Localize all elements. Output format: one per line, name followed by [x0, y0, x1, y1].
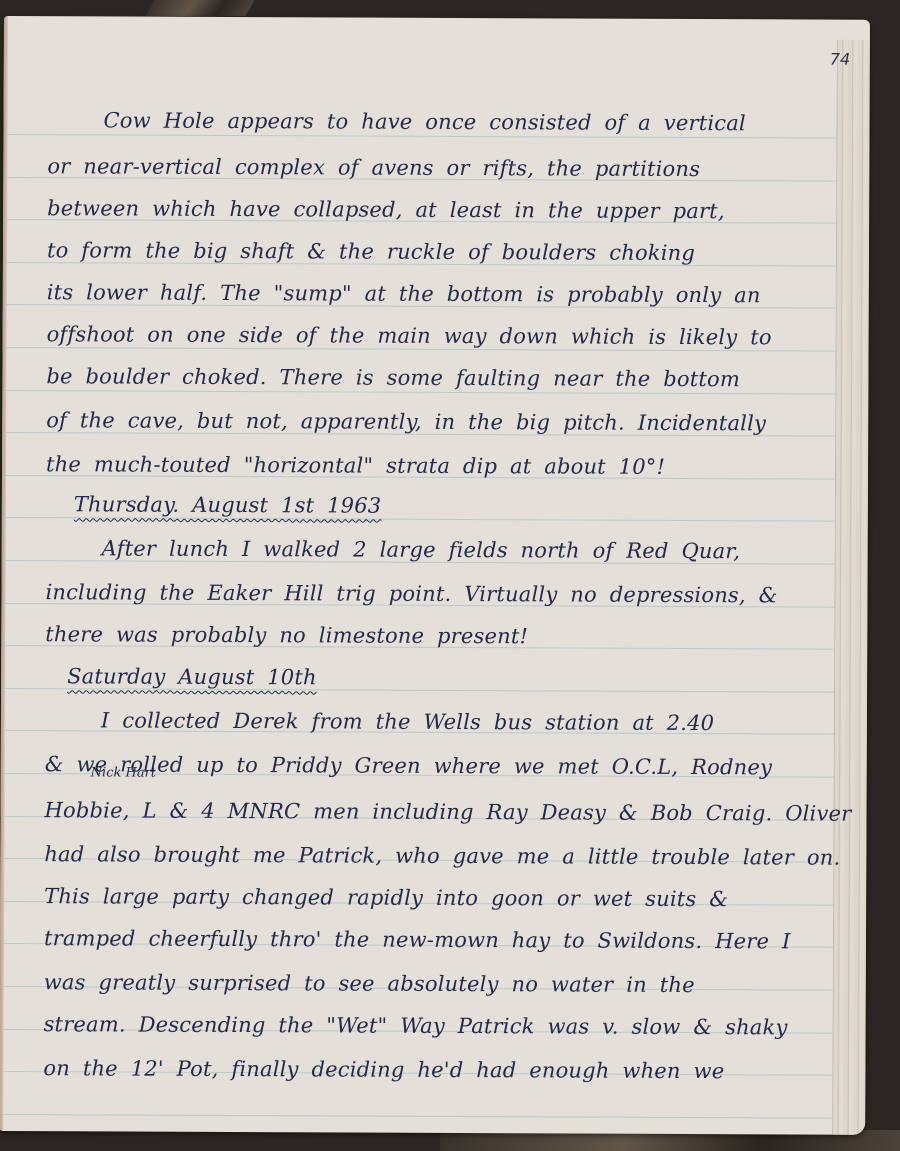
background-wood: [145, 0, 254, 16]
text-line: This large party changed rapidly into go…: [44, 884, 870, 912]
text-line: tramped cheerfully thro' the new-mown ha…: [44, 926, 870, 954]
text-line: was greatly surprised to see absolutely …: [44, 970, 870, 998]
ruled-lines: [4, 16, 870, 20]
text-line: had also brought me Patrick, who gave me…: [44, 842, 870, 870]
text-line: offshoot on one side of the main way dow…: [47, 322, 870, 350]
text-line: of the cave, but not, apparently, in the…: [46, 408, 870, 436]
page-number: 74: [830, 50, 850, 69]
entry-date-heading: Thursday. August 1st 1963: [74, 492, 870, 520]
text-line: including the Eaker Hill trig point. Vir…: [45, 580, 870, 608]
text-line: stream. Descending the "Wet" Way Patrick…: [44, 1012, 870, 1040]
text-line: Hobbie, L & 4 MNRC men including Ray Dea…: [44, 798, 870, 826]
text-line: there was probably no limestone present!: [45, 622, 870, 650]
text-line: or near-vertical complex of avens or rif…: [47, 154, 870, 182]
notebook-page: 74 Cow Hole appears to have once consist…: [0, 16, 870, 1135]
interlinear-insert: Nick Hart: [91, 765, 156, 780]
text-line: its lower half. The "sump" at the bottom…: [47, 280, 870, 308]
text-line: to form the big shaft & the ruckle of bo…: [47, 238, 870, 266]
text-line: between which have collapsed, at least i…: [47, 196, 870, 224]
page-edge: [0, 16, 8, 1131]
text-line: on the 12' Pot, finally deciding he'd ha…: [43, 1056, 870, 1084]
text-line: the much-touted "horizontal" strata dip …: [46, 452, 870, 480]
text-line: Cow Hole appears to have once consisted …: [103, 108, 869, 136]
entry-date-heading: Saturday August 10th: [67, 664, 870, 692]
ruled-line: [3, 1114, 833, 1119]
text-line: & we rolled up to Priddy Green where we …: [45, 752, 870, 780]
text-line: After lunch I walked 2 large fields nort…: [102, 536, 870, 564]
text-line: be boulder choked. There is some faultin…: [46, 364, 870, 392]
text-line: I collected Derek from the Wells bus sta…: [101, 708, 870, 736]
